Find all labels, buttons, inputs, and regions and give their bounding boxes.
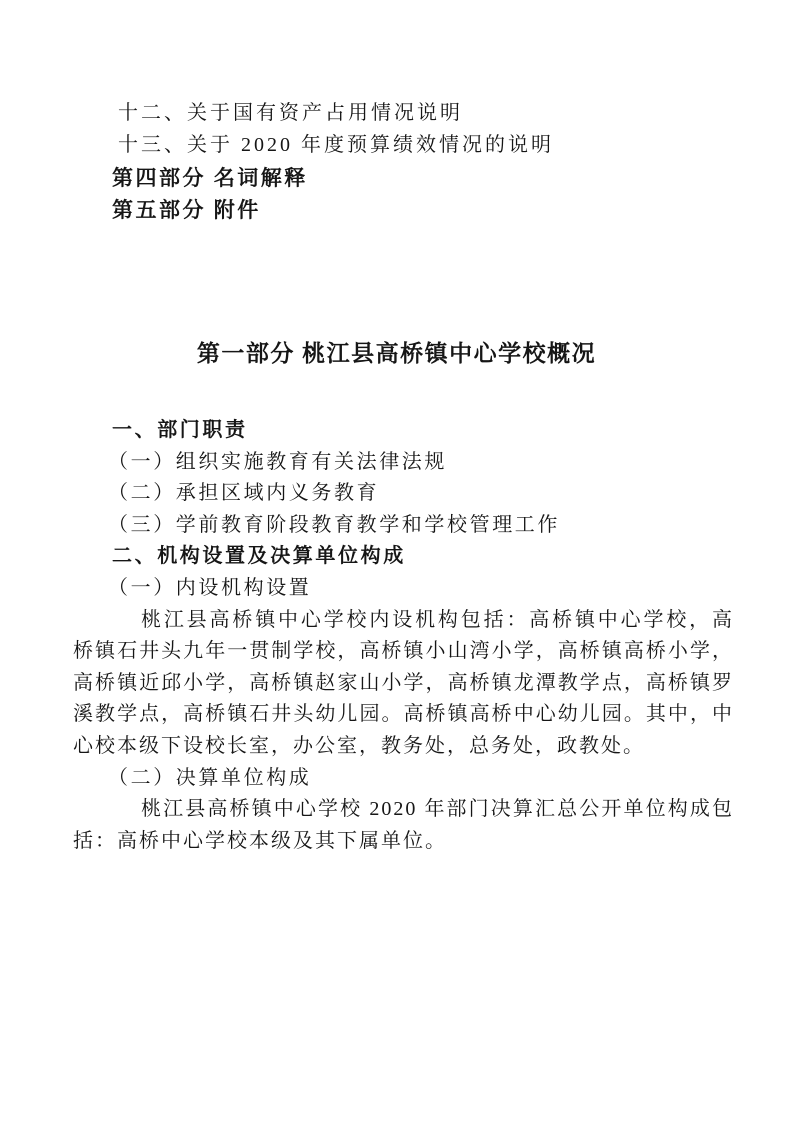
heading-department-duties: 一、部门职责 — [73, 415, 734, 447]
duty-item-1: （一）组织实施教育有关法律法规 — [73, 447, 734, 479]
toc-item-part5: 第五部分 附件 — [73, 194, 734, 226]
toc-item-12: 十二、关于国有资产占用情况说明 — [73, 97, 734, 129]
document-body: 一、部门职责 （一）组织实施教育有关法律法规 （二）承担区域内义务教育 （三）学… — [73, 415, 734, 857]
paragraph-internal-org: 桃江县高桥镇中心学校内设机构包括：高桥镇中心学校，高桥镇石井头九年一贯制学校，高… — [73, 605, 734, 763]
duty-item-2: （二）承担区域内义务教育 — [73, 478, 734, 510]
duty-item-3: （三）学前教育阶段教育教学和学校管理工作 — [73, 510, 734, 542]
toc-item-13: 十三、关于 2020 年度预算绩效情况的说明 — [73, 129, 734, 161]
part-one-title: 第一部分 桃江县高桥镇中心学校概况 — [0, 337, 793, 371]
table-of-contents: 十二、关于国有资产占用情况说明 十三、关于 2020 年度预算绩效情况的说明 第… — [73, 97, 734, 226]
toc-item-part4: 第四部分 名词解释 — [73, 162, 734, 194]
subheading-internal-org: （一）内设机构设置 — [73, 573, 734, 605]
document-page: 十二、关于国有资产占用情况说明 十三、关于 2020 年度预算绩效情况的说明 第… — [0, 0, 793, 1122]
heading-org-structure: 二、机构设置及决算单位构成 — [73, 541, 734, 573]
paragraph-unit-composition: 桃江县高桥镇中心学校 2020 年部门决算汇总公开单位构成包括：高桥中心学校本级… — [73, 794, 734, 857]
subheading-unit-composition: （二）决算单位构成 — [73, 763, 734, 795]
